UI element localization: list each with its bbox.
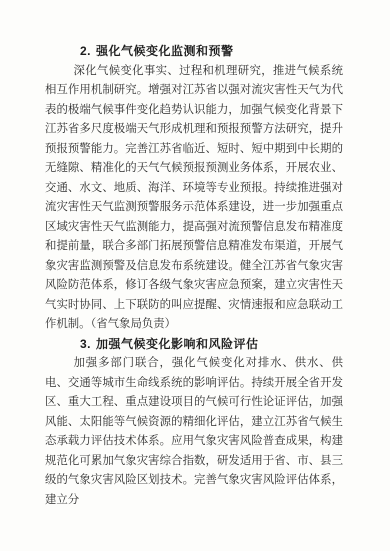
section-climate-monitoring-warning: 2.强化气候变化监测和预警 深化气候变化事实、过程和机理研究，推进气候系统相互作… — [45, 42, 343, 335]
section-3-number: 3. — [80, 337, 91, 351]
section-2-body-text: 深化气候变化事实、过程和机理研究，推进气候系统相互作用机制研究。增强对江苏省以强… — [45, 65, 343, 331]
responsible-department-note: （省气象局负责） — [91, 318, 176, 330]
section-3-heading: 3.加强气候变化影响和风险评估 — [45, 335, 343, 355]
section-climate-impact-risk-assessment: 3.加强气候变化影响和风险评估 加强多部门联合，强化气候变化对排水、供水、供电、… — [45, 335, 343, 511]
section-3-paragraph: 加强多部门联合，强化气候变化对排水、供水、供电、交通等城市生命线系统的影响评估。… — [45, 354, 343, 510]
section-2-paragraph: 深化气候变化事实、过程和机理研究，推进气候系统相互作用机制研究。增强对江苏省以强… — [45, 62, 343, 335]
section-2-heading: 2.强化气候变化监测和预警 — [45, 42, 343, 62]
section-2-title: 强化气候变化监测和预警 — [96, 44, 234, 58]
section-3-body-text: 加强多部门联合，强化气候变化对排水、供水、供电、交通等城市生命线系统的影响评估。… — [45, 357, 343, 506]
document-page: 2.强化气候变化监测和预警 深化气候变化事实、过程和机理研究，推进气候系统相互作… — [0, 0, 390, 551]
section-3-title: 加强气候变化影响和风险评估 — [96, 337, 259, 351]
section-2-number: 2. — [80, 44, 91, 58]
